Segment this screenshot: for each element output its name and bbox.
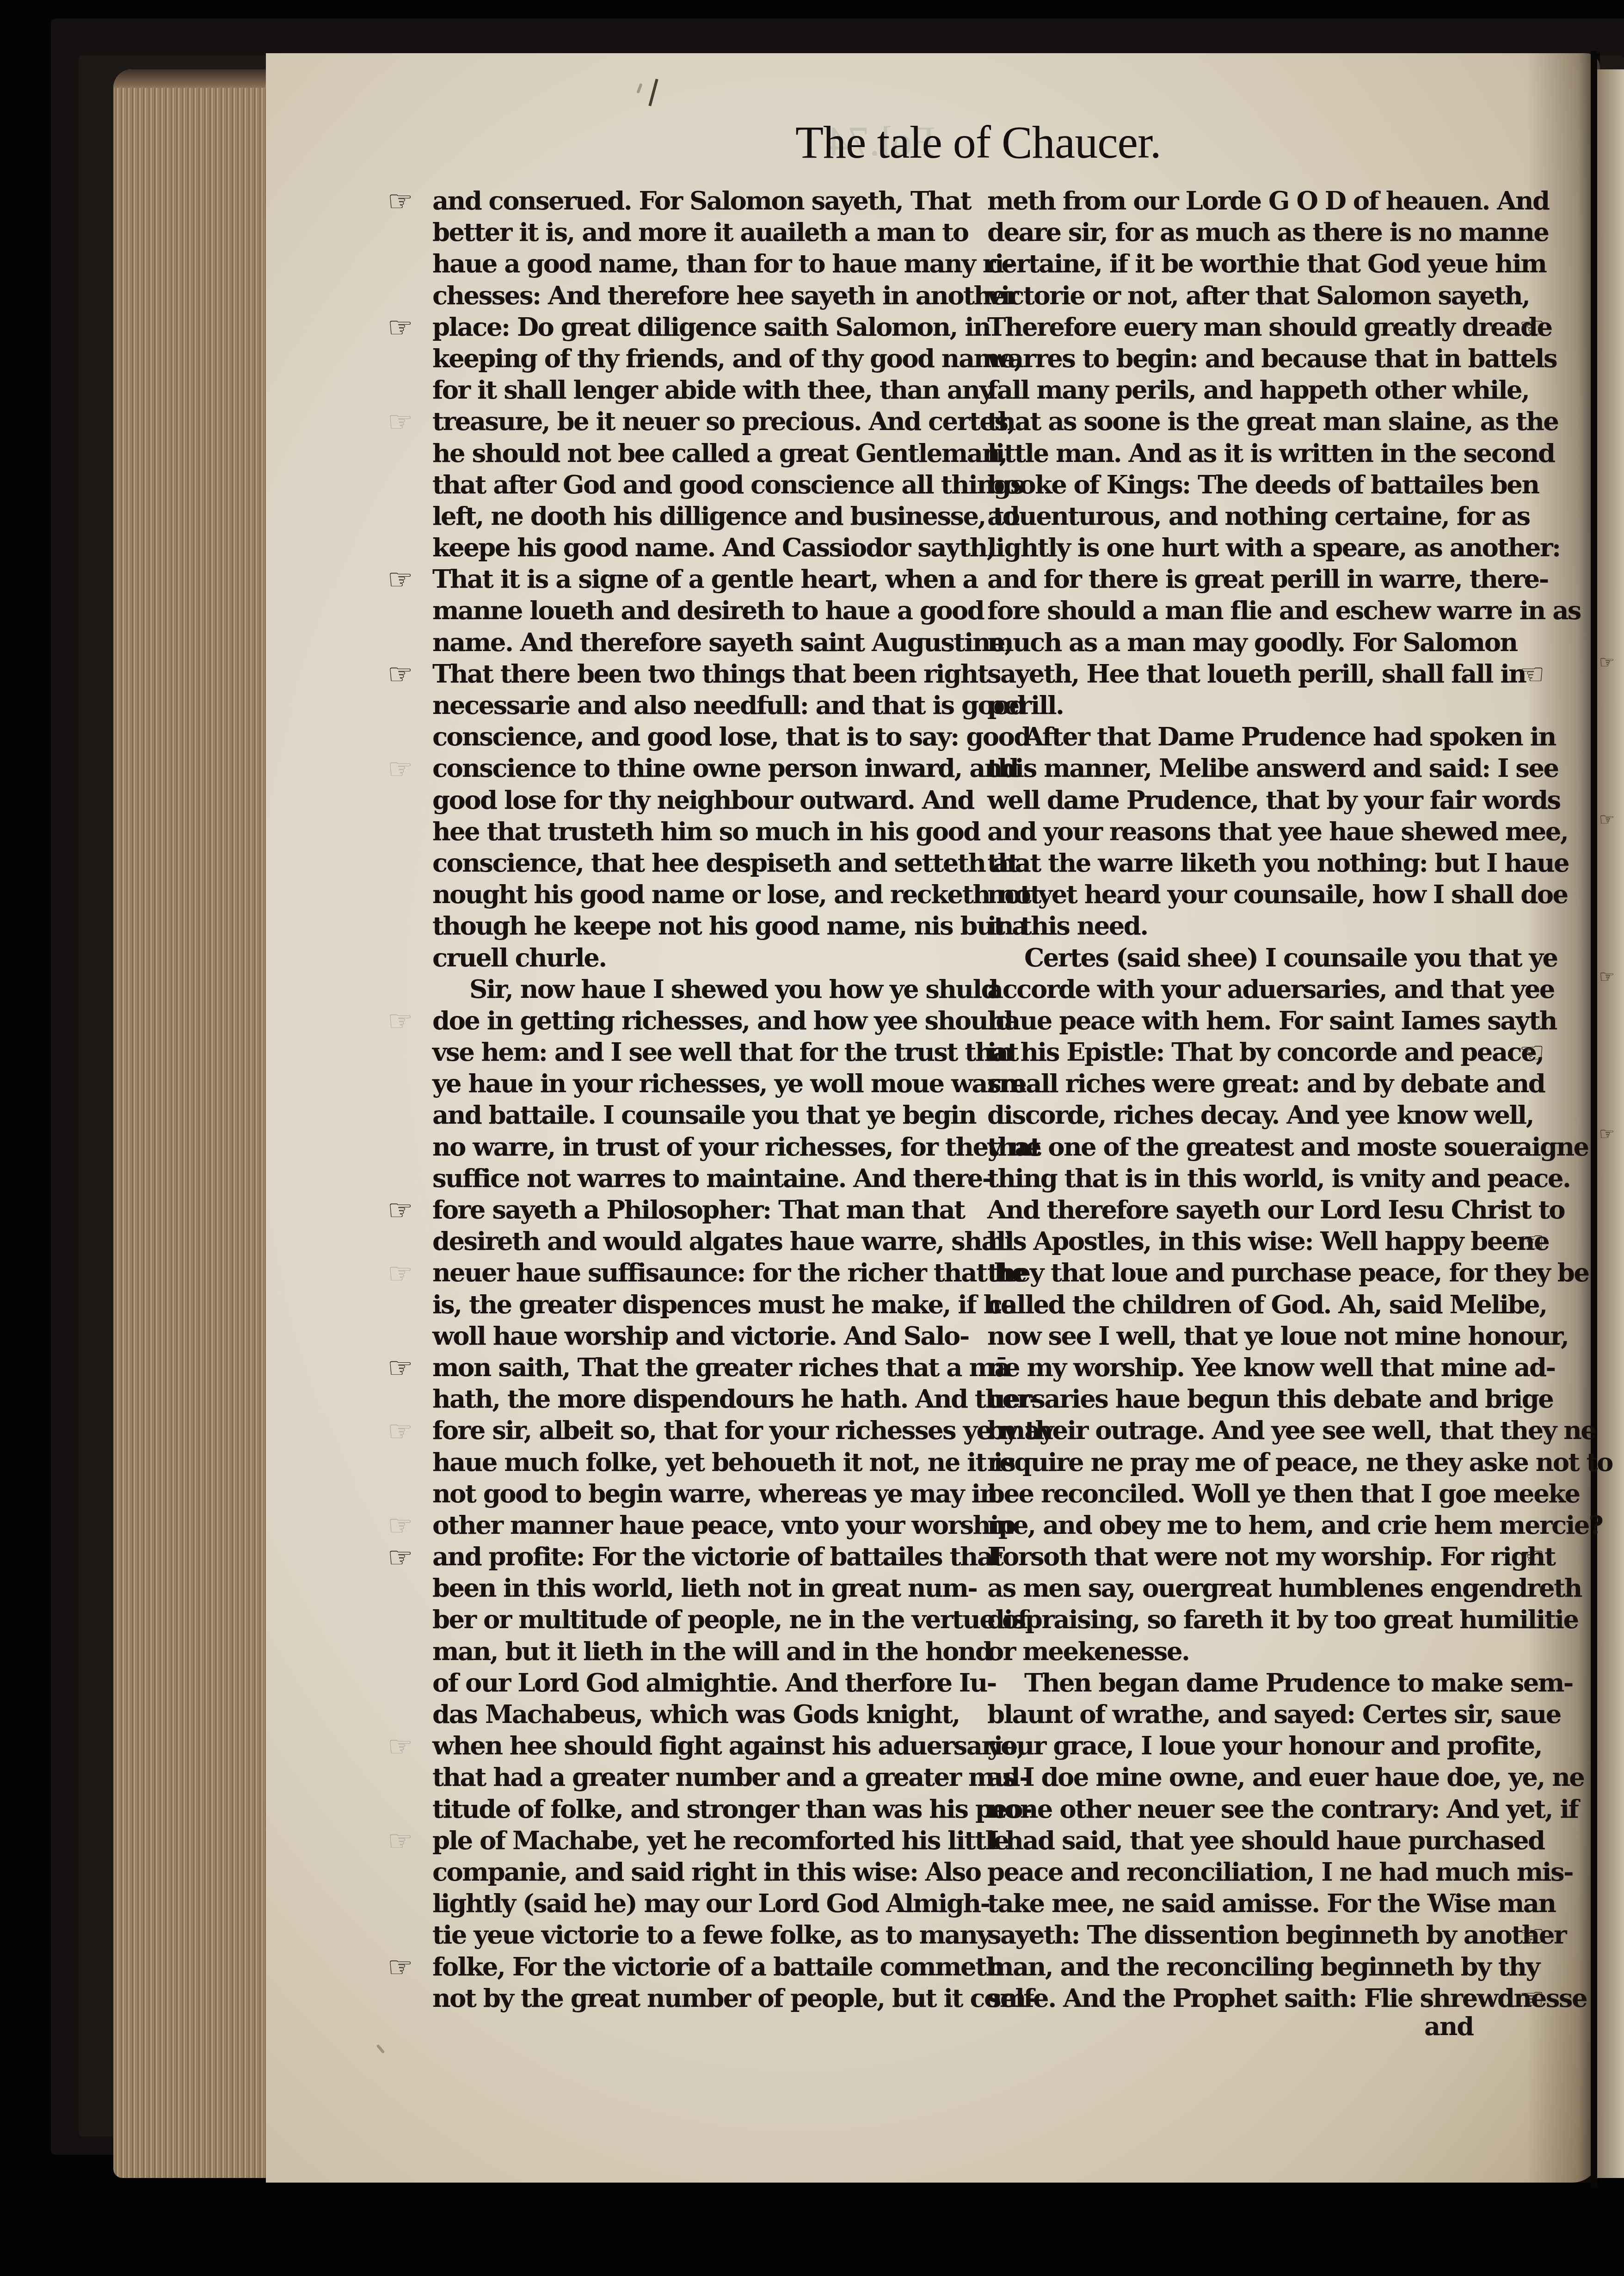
manicule-icon: ☞ (1519, 1984, 1545, 2013)
text-line: ne my worship. Yee know well that mine a… (987, 1352, 1514, 1383)
text-line: companie, and said right in this wise: A… (432, 1856, 960, 1888)
text-line: booke of Kings: The deeds of battailes b… (987, 469, 1514, 500)
text-line: is, the greater dispences must he make, … (432, 1289, 960, 1320)
text-line: keepe his good name. And Cassiodor sayth… (432, 532, 960, 563)
manicule-icon: ☞ (1519, 660, 1545, 689)
text-line: hee that trusteth him so much in his goo… (432, 816, 960, 847)
text-line: place: Do great diligence saith Salomon,… (432, 311, 960, 343)
text-line: man, but it lieth in the will and in the… (432, 1636, 960, 1667)
text-line: titude of folke, and stronger than was h… (432, 1793, 960, 1825)
text-line: necessarie and also needfull: and that i… (432, 689, 960, 721)
text-line: this manner, Melibe answerd and said: I … (987, 752, 1514, 784)
text-line: that the warre liketh you nothing: but I… (987, 847, 1514, 879)
text-line: that had a greater number and a greater … (432, 1761, 960, 1793)
text-line: discorde, riches decay. And yee know wel… (987, 1099, 1514, 1131)
text-line: in his Epistle: That by concorde and pea… (987, 1036, 1514, 1068)
text-line: manne loueth and desireth to haue a good (432, 595, 960, 626)
text-line: lightly (said he) may our Lord God Almig… (432, 1888, 960, 1919)
text-line: man, and the reconciling beginneth by th… (987, 1951, 1514, 1982)
text-line: That it is a signe of a gentle heart, wh… (432, 563, 960, 595)
text-line: his Apostles, in this wise: Well happy b… (987, 1225, 1514, 1257)
facing-page-edge: ☞☞☞☞ (1597, 69, 1624, 2178)
text-line: sayeth: The dissention beginneth by anot… (987, 1919, 1514, 1950)
text-line: haue much folke, yet behoueth it not, ne… (432, 1446, 960, 1478)
text-line: and battaile. I counsaile you that ye be… (432, 1099, 960, 1131)
text-line: woll haue worship and victorie. And Salo… (432, 1320, 960, 1352)
page-edges-stack (113, 69, 266, 2178)
text-line: not good to begin warre, whereas ye may … (432, 1478, 960, 1509)
text-line: suffice not warres to maintaine. And the… (432, 1163, 960, 1194)
text-line: little man. And as it is written in the … (987, 437, 1514, 469)
text-line: vse hem: and I see well that for the tru… (432, 1036, 960, 1068)
catchword: and (1424, 2011, 1473, 2041)
text-line: well dame Prudence, that by your fair wo… (987, 784, 1514, 816)
text-line: ple of Machabe, yet he recomforted his l… (432, 1825, 960, 1856)
text-line: now see I well, that ye loue not mine ho… (987, 1320, 1514, 1352)
text-line: as I doe mine owne, and euer haue doe, y… (987, 1761, 1514, 1793)
book-spine-gutter (1591, 51, 1597, 2187)
text-line: and profite: For the victorie of battail… (432, 1541, 960, 1572)
manicule-icon: ☞ (1519, 313, 1545, 342)
page-edges-top (113, 69, 266, 88)
manicule-icon: ☞ (388, 1259, 413, 1288)
text-line: ye haue in your richesses, ye woll moue … (432, 1068, 960, 1099)
text-column-right: meth from our Lorde G O D of heauen. And… (987, 185, 1514, 2014)
text-line: when hee should fight against his aduers… (432, 1730, 960, 1761)
text-line: After that Dame Prudence had spoken in (987, 721, 1514, 752)
text-line: uersaries haue begun this debate and bri… (987, 1383, 1514, 1415)
text-line: your grace, I loue your honour and profi… (987, 1730, 1514, 1761)
text-line: of our Lord God almightie. And therfore … (432, 1667, 960, 1698)
text-line: keeping of thy friends, and of thy good … (432, 343, 960, 374)
text-line: lightly is one hurt with a speare, as an… (987, 532, 1514, 563)
text-line: tie yeue victorie to a fewe folke, as to… (432, 1919, 960, 1950)
text-line: hath, the more dispendours he hath. And … (432, 1383, 960, 1415)
text-line: called the children of God. Ah, said Mel… (987, 1289, 1514, 1320)
manicule-icon: ☞ (388, 313, 413, 342)
text-line: accorde with your aduersaries, and that … (987, 973, 1514, 1005)
text-line: fall many perils, and happeth other whil… (987, 374, 1514, 406)
text-line: Then began dame Prudence to make sem- (987, 1667, 1514, 1698)
text-line: mon saith, That the greater riches that … (432, 1352, 960, 1383)
text-line: require ne pray me of peace, ne they ask… (987, 1446, 1514, 1478)
text-line: no warre, in trust of your richesses, fo… (432, 1131, 960, 1163)
text-line: though he keepe not his good name, nis b… (432, 910, 960, 941)
text-line: thing that is in this world, is vnity an… (987, 1163, 1514, 1194)
text-line: dispraising, so fareth it by too great h… (987, 1604, 1514, 1635)
text-line: other manner haue peace, vnto your worsh… (432, 1509, 960, 1541)
manicule-icon: ☞ (388, 1196, 413, 1224)
text-line: certaine, if it be worthie that God yeue… (987, 248, 1514, 279)
text-line: treasure, be it neuer so precious. And c… (432, 406, 960, 437)
text-line: victorie or not, after that Salomon saye… (987, 280, 1514, 311)
text-line: conscience, that hee despiseth and sette… (432, 847, 960, 879)
running-head: The tale of Chaucer. (795, 116, 1161, 169)
text-line: that after God and good conscience all t… (432, 469, 960, 500)
text-line: good lose for thy neighbour outward. And (432, 784, 960, 816)
text-line: desireth and would algates haue warre, s… (432, 1225, 960, 1257)
text-line: fore sayeth a Philosopher: That man that (432, 1194, 960, 1225)
text-line: folke, For the victorie of a battaile co… (432, 1951, 960, 1982)
text-line: cruell churle. (432, 942, 960, 973)
text-line: better it is, and more it auaileth a man… (432, 216, 960, 248)
text-line: much as a man may goodly. For Salomon (987, 627, 1514, 658)
manicule-icon: ☞ (388, 1543, 413, 1572)
text-line: ber or multitude of people, ne in the ve… (432, 1604, 960, 1635)
facing-page-manicule-icon: ☞ (1599, 1124, 1615, 1144)
text-line: sayeth, Hee that loueth perill, shall fa… (987, 658, 1514, 689)
manicule-icon: ☞ (1519, 1921, 1545, 1950)
facing-page-manicule-icon: ☞ (1599, 966, 1615, 987)
text-line: das Machabeus, which was Gods knight, (432, 1698, 960, 1730)
text-line: peace and reconciliation, I ne had much … (987, 1856, 1514, 1888)
text-line: small riches were great: and by debate a… (987, 1068, 1514, 1099)
manicule-icon: ☞ (388, 1953, 413, 1981)
manicule-icon: ☞ (1519, 1038, 1545, 1067)
text-line: as men say, ouergreat humblenes engendre… (987, 1572, 1514, 1604)
text-line: Certes (said shee) I counsaile you that … (987, 942, 1514, 973)
text-line: or meekenesse. (987, 1636, 1514, 1667)
text-line: deare sir, for as much as there is no ma… (987, 216, 1514, 248)
manicule-icon: ☞ (388, 407, 413, 436)
text-line: name. And therefore sayeth saint Augusti… (432, 627, 960, 658)
text-line: neuer haue suffisaunce: for the richer t… (432, 1257, 960, 1288)
manicule-icon: ☞ (388, 1353, 413, 1382)
manicule-icon: ☞ (388, 565, 413, 594)
text-line: not yet heard your counsaile, how I shal… (987, 879, 1514, 910)
text-line: That there been two things that been rig… (432, 658, 960, 689)
text-line: I had said, that yee should haue purchas… (987, 1825, 1514, 1856)
text-line: Sir, now haue I shewed you how ye shuld (432, 973, 960, 1005)
manicule-icon: ☞ (388, 1007, 413, 1035)
text-line: not by the great number of people, but i… (432, 1982, 960, 2014)
text-line: warres to begin: and because that in bat… (987, 343, 1514, 374)
manicule-icon: ☞ (388, 660, 413, 689)
text-line: he should not bee called a great Gentlem… (432, 437, 960, 469)
text-line: Therefore euery man should greatly dread… (987, 311, 1514, 343)
text-line: chesses: And therefore hee sayeth in ano… (432, 280, 960, 311)
text-line: haue peace with hem. For saint Iames say… (987, 1005, 1514, 1036)
text-line: haue a good name, than for to haue many … (432, 248, 960, 279)
manicule-icon: ☞ (388, 1417, 413, 1446)
text-line: they that loue and purchase peace, for t… (987, 1257, 1514, 1288)
text-line: blaunt of wrathe, and sayed: Certes sir,… (987, 1698, 1514, 1730)
text-line: fore sir, albeit so, that for your riche… (432, 1415, 960, 1446)
text-line: nought his good name or lose, and recket… (432, 879, 960, 910)
text-line: none other neuer see the contrary: And y… (987, 1793, 1514, 1825)
text-line: left, ne dooth his dilligence and busine… (432, 500, 960, 532)
manicule-icon: ☞ (388, 1827, 413, 1855)
manicule-icon: ☞ (388, 1732, 413, 1761)
text-line: conscience to thine owne person inward, … (432, 752, 960, 784)
manicule-icon: ☞ (1519, 1543, 1545, 1572)
text-line: aduenturous, and nothing certaine, for a… (987, 500, 1514, 532)
text-line: that as soone is the great man slaine, a… (987, 406, 1514, 437)
text-line: by their outrage. And yee see well, that… (987, 1415, 1514, 1446)
text-line: Forsoth that were not my worship. For ri… (987, 1541, 1514, 1572)
text-line: and conserued. For Salomon sayeth, That (432, 185, 960, 216)
text-line: that one of the greatest and moste souer… (987, 1131, 1514, 1163)
text-line: and for there is great perill in warre, … (987, 563, 1514, 595)
text-column-left: and conserued. For Salomon sayeth, Thatb… (432, 185, 960, 2014)
text-line: for it shall lenger abide with thee, tha… (432, 374, 960, 406)
text-line: bee reconciled. Woll ye then that I goe … (987, 1478, 1514, 1509)
text-line: perill. (987, 689, 1514, 721)
facing-page-manicule-icon: ☞ (1599, 809, 1615, 830)
manicule-icon: ☞ (388, 755, 413, 783)
text-line: me, and obey me to hem, and crie hem mer… (987, 1509, 1514, 1541)
manicule-icon: ☞ (388, 1511, 413, 1540)
text-line: And therefore sayeth our Lord Iesu Chris… (987, 1194, 1514, 1225)
facing-page-manicule-icon: ☞ (1599, 652, 1615, 672)
text-line: take mee, ne said amisse. For the Wise m… (987, 1888, 1514, 1919)
text-line: been in this world, lieth not in great n… (432, 1572, 960, 1604)
text-line: doe in getting richesses, and how yee sh… (432, 1005, 960, 1036)
text-line: conscience, and good lose, that is to sa… (432, 721, 960, 752)
manicule-icon: ☞ (1519, 1228, 1545, 1256)
text-line: meth from our Lorde G O D of heauen. And (987, 185, 1514, 216)
manicule-icon: ☞ (388, 187, 413, 215)
text-line: selfe. And the Prophet saith: Flie shrew… (987, 1982, 1514, 2014)
text-line: in this need. (987, 910, 1514, 941)
text-line: and your reasons that yee haue shewed me… (987, 816, 1514, 847)
text-line: fore should a man flie and eschew warre … (987, 595, 1514, 626)
